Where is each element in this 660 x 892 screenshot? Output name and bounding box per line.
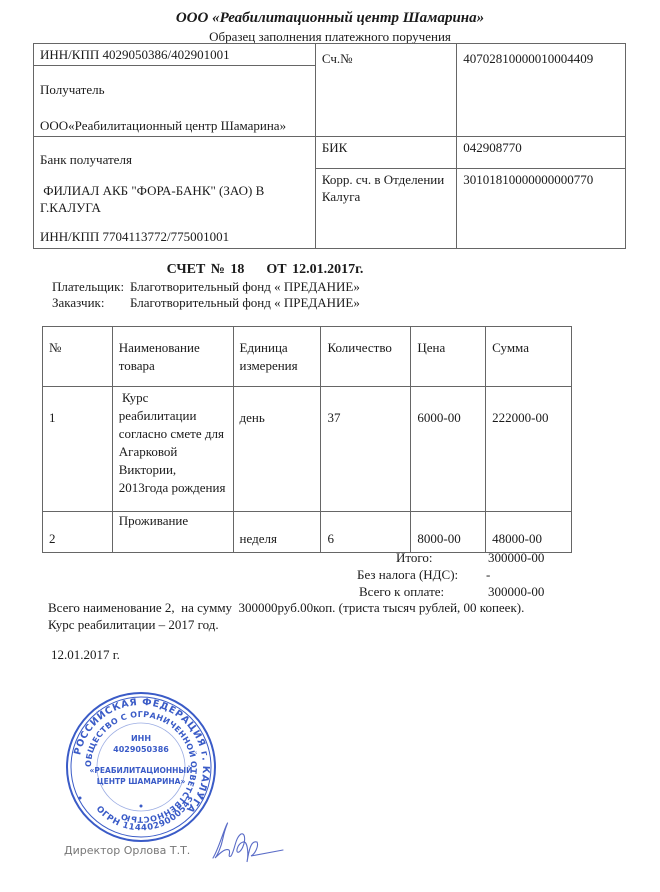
header-price: Цена [411,327,486,387]
stamp-icon: РОССИЙСКАЯ ФЕДЕРАЦИЯ г. КАЛУГА ОБЩЕСТВО … [62,688,220,846]
items-table: № Наименование товара Единица измерения … [42,326,572,553]
row-name: Проживание [112,512,233,553]
total-value: 300000-00 [488,550,544,566]
bik-value: 042908770 [457,137,626,169]
payer-label: Плательщик: [52,279,130,295]
corr-account-value: 30101810000000000770 [457,169,626,249]
header-qty: Количество [321,327,411,387]
bank-inn-kpp: ИНН/КПП 7704113772/775001001 [40,228,309,245]
corr-account-label: Корр. сч. в Отделении Калуга [315,169,456,249]
recipient-cell: Получатель ООО«Реабилитационный центр Ша… [34,66,316,137]
document-date: 12.01.2017 г. [51,647,120,663]
row-price: 8000-00 [411,512,486,553]
svg-text:ЦЕНТР ШАМАРИНА»: ЦЕНТР ШАМАРИНА» [97,777,186,786]
row-price: 6000-00 [411,387,486,512]
row-num: 1 [43,387,113,512]
account-label: Сч.№ [315,44,456,137]
row-unit: неделя [233,512,321,553]
invoice-title: СЧЕТ № 18 ОТ 12.01.2017г. [0,262,530,278]
account-value: 40702810000010004409 [457,44,626,137]
director-name: Директор Орлова Т.Т. [64,844,190,857]
header-num: № [43,327,113,387]
vat-value: - [486,567,490,583]
row-unit: день [233,387,321,512]
row-name: Курс реабилитации согласно смете для Ага… [112,387,233,512]
table-header-row: № Наименование товара Единица измерения … [43,327,572,387]
bank-details-table: ИНН/КПП 4029050386/402901001 Сч.№ 407028… [33,43,626,249]
row-qty: 37 [321,387,411,512]
bik-label: БИК [315,137,456,169]
header-unit: Единица измерения [233,327,321,387]
company-stamp: РОССИЙСКАЯ ФЕДЕРАЦИЯ г. КАЛУГА ОБЩЕСТВО … [62,688,220,846]
bank-name: ФИЛИАЛ АКБ "ФОРА-БАНК" (ЗАО) В Г.КАЛУГА [40,182,290,216]
amount-due-value: 300000-00 [488,584,544,600]
header-sum: Сумма [486,327,572,387]
company-title: ООО «Реабилитационный центр Шамарина» [0,10,660,27]
payer-line: Плательщик:Благотворительный фонд « ПРЕД… [52,279,360,295]
table-row: 2 Проживание неделя 6 8000-00 48000-00 [43,512,572,553]
summary-amount-line: Всего наименование 2, на сумму 300000руб… [48,600,524,616]
summary-course-line: Курс реабилитации – 2017 год. [48,617,219,633]
customer-line: Заказчик:Благотворительный фонд « ПРЕДАН… [52,295,360,311]
recipient-label: Получатель [40,81,309,98]
svg-text:4029050386: 4029050386 [113,745,169,754]
vat-label: Без налога (НДС): [357,567,458,583]
bank-label: Банк получателя [40,151,309,168]
header-name: Наименование товара [112,327,233,387]
amount-due-label: Всего к оплате: [359,584,444,600]
signature-icon [205,818,285,866]
row-sum: 222000-00 [486,387,572,512]
total-label: Итого: [396,550,433,566]
signature [205,818,285,866]
svg-text:«РЕАБИЛИТАЦИОННЫЙ: «РЕАБИЛИТАЦИОННЫЙ [90,766,193,775]
payer-value: Благотворительный фонд « ПРЕДАНИЕ» [130,279,360,294]
table-row: 1 Курс реабилитации согласно смете для А… [43,387,572,512]
row-sum: 48000-00 [486,512,572,553]
row-num: 2 [43,512,113,553]
recipient-inn-kpp: ИНН/КПП 4029050386/402901001 [34,44,316,66]
row-qty: 6 [321,512,411,553]
customer-label: Заказчик: [52,295,130,311]
customer-value: Благотворительный фонд « ПРЕДАНИЕ» [130,295,360,310]
bank-cell: Банк получателя ФИЛИАЛ АКБ "ФОРА-БАНК" (… [34,137,316,249]
recipient-name: ООО«Реабилитационный центр Шамарина» [40,117,309,134]
svg-text:ИНН: ИНН [131,734,151,743]
